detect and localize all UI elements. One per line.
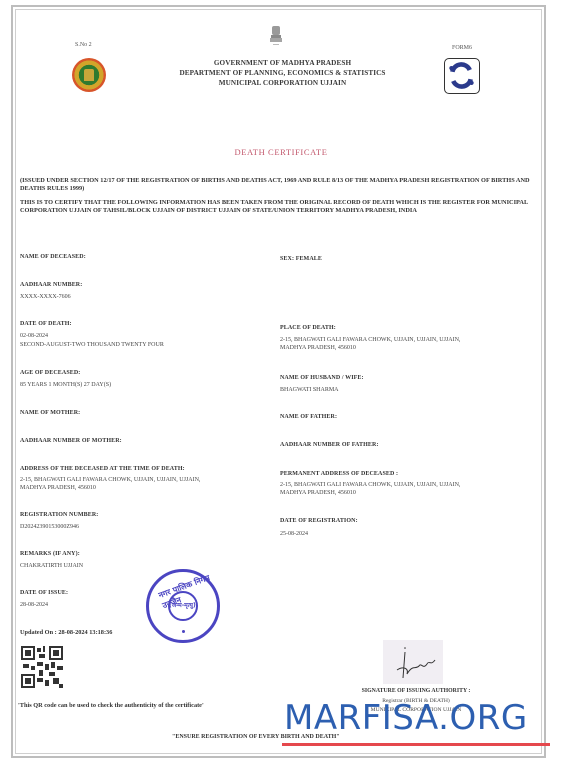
sex-label-text: SEX: bbox=[280, 256, 294, 262]
stamp-inner-text: (जन्म-मृत्यु) bbox=[169, 601, 196, 609]
place-of-death-label: PLACE OF DEATH: bbox=[280, 325, 336, 331]
remarks-label: REMARKS (IF ANY): bbox=[20, 551, 80, 557]
aadhaar-mother-label: AADHAAR NUMBER OF MOTHER: bbox=[20, 438, 122, 444]
address-at-death-label: ADDRESS OF THE DECEASED AT THE TIME OF D… bbox=[20, 466, 185, 472]
registrar-signature bbox=[383, 640, 443, 684]
certify-text: THIS IS TO CERTIFY THAT THE FOLLOWING IN… bbox=[20, 199, 545, 216]
name-of-spouse-label: NAME OF HUSBAND / WIFE: bbox=[280, 375, 364, 381]
name-of-deceased-label: NAME OF DECEASED: bbox=[20, 254, 86, 260]
issued-under-text: (ISSUED UNDER SECTION 12/17 OF THE REGIS… bbox=[20, 177, 545, 194]
ashoka-emblem-icon bbox=[268, 25, 284, 47]
issuing-authority-header: GOVERNMENT OF MADHYA PRADESH DEPARTMENT … bbox=[120, 58, 445, 88]
mp-state-emblem-icon bbox=[72, 58, 106, 92]
sex-value: FEMALE bbox=[296, 256, 322, 262]
date-of-death-words: SECOND-AUGUST-TWO THOUSAND TWENTY FOUR bbox=[20, 341, 164, 350]
aadhaar-number-label: AADHAAR NUMBER: bbox=[20, 282, 82, 288]
registration-number-value: D20242390153000Z946 bbox=[20, 523, 79, 532]
updated-on: Updated On : 28-08-2024 13:18:36 bbox=[20, 629, 112, 636]
age-of-deceased-value: 85 YEARS 1 MONTH(S) 27 DAY(S) bbox=[20, 381, 111, 390]
remarks-value: CHAKRATIRTH UJJAIN bbox=[20, 562, 83, 571]
signature-title: SIGNATURE OF ISSUING AUTHORITY : bbox=[336, 688, 496, 694]
place-of-death-line2: MADHYA PRADESH, 456010 bbox=[280, 344, 356, 353]
date-of-registration-value: 25-08-2024 bbox=[280, 530, 308, 539]
form-label: FORM6 bbox=[452, 45, 472, 51]
name-of-father-label: NAME OF FATHER: bbox=[280, 414, 337, 420]
date-of-issue-label: DATE OF ISSUE: bbox=[20, 590, 68, 596]
municipal-seal-stamp: नगर पालिक निगम उज्जैन (जन्म-मृत्यु) bbox=[146, 569, 220, 643]
name-of-spouse-value: BHAGWATI SHARMA bbox=[280, 386, 339, 395]
address-at-death-line2: MADHYA PRADESH, 456010 bbox=[20, 484, 96, 493]
registration-form-logo-icon bbox=[444, 58, 480, 94]
sex-label: SEX: FEMALE bbox=[280, 256, 322, 262]
permanent-address-label: PERMANENT ADDRESS OF DECEASED : bbox=[280, 471, 398, 477]
watermark-underline bbox=[282, 743, 550, 746]
qr-note: 'This QR code can be used to check the a… bbox=[18, 702, 258, 711]
department-name: DEPARTMENT OF PLANNING, ECONOMICS & STAT… bbox=[120, 68, 445, 78]
certificate-title: DEATH CERTIFICATE bbox=[0, 147, 562, 157]
aadhaar-father-label: AADHAAR NUMBER OF FATHER: bbox=[280, 442, 379, 448]
government-name: GOVERNMENT OF MADHYA PRADESH bbox=[120, 58, 445, 68]
qr-code-icon[interactable] bbox=[21, 646, 63, 688]
date-of-issue-value: 28-08-2024 bbox=[20, 601, 48, 610]
registration-number-label: REGISTRATION NUMBER: bbox=[20, 512, 98, 518]
serial-number: S.No 2 bbox=[75, 42, 92, 48]
permanent-address-line2: MADHYA PRADESH, 456010 bbox=[280, 489, 356, 498]
date-of-registration-label: DATE OF REGISTRATION: bbox=[280, 518, 358, 524]
aadhaar-number-value: XXXX-XXXX-7606 bbox=[20, 293, 71, 302]
age-of-deceased-label: AGE OF DECEASED: bbox=[20, 370, 80, 376]
date-of-death-label: DATE OF DEATH: bbox=[20, 321, 72, 327]
marfisa-watermark: MARFISA.ORG bbox=[284, 700, 528, 736]
name-of-mother-label: NAME OF MOTHER: bbox=[20, 410, 80, 416]
date-of-death-value: 02-08-2024 bbox=[20, 332, 48, 341]
corporation-name: MUNICIPAL CORPORATION UJJAIN bbox=[120, 78, 445, 88]
